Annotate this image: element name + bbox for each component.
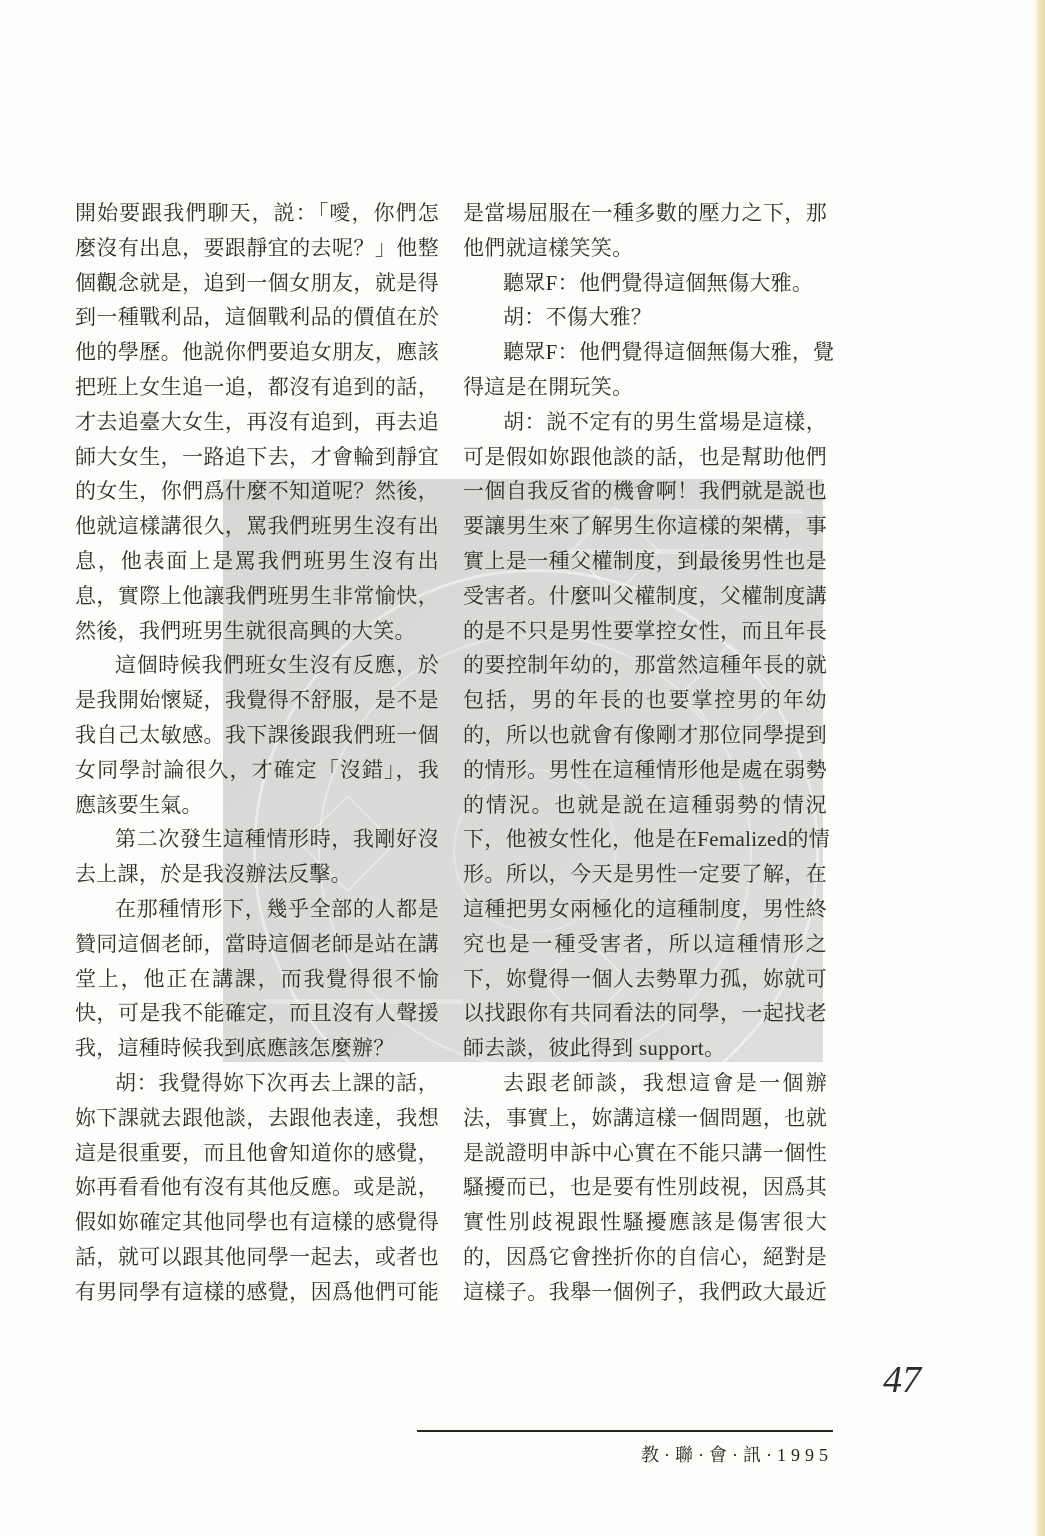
text-line: 胡：不傷大雅？ — [463, 300, 827, 335]
text-line: 息，實際上他讓我們班男生非常愉快， — [75, 579, 439, 614]
footer-rule — [417, 1430, 833, 1432]
text-line: 是我開始懷疑，我覺得不舒服，是不是 — [75, 683, 439, 718]
text-line: 要讓男生來了解男生你這樣的架構，事 — [463, 509, 827, 544]
text-line: 個觀念就是，追到一個女朋友，就是得 — [75, 266, 439, 301]
text-line: 到一種戰利品，這個戰利品的價值在於 — [75, 300, 439, 335]
text-line: 然後，我們班男生就很高興的大笑。 — [75, 614, 439, 649]
text-line: 應該要生氣。 — [75, 788, 439, 823]
text-line: 騷擾而已，也是要有性別歧視，因爲其 — [463, 1170, 827, 1205]
text-line: 法，事實上，妳講這樣一個問題，也就 — [463, 1101, 827, 1136]
text-line: 妳再看看他有沒有其他反應。或是説， — [75, 1170, 439, 1205]
text-line: 是當場屈服在一種多數的壓力之下，那 — [463, 196, 827, 231]
page-number: 47 — [872, 1358, 932, 1402]
text-line: 受害者。什麼叫父權制度，父權制度講 — [463, 579, 827, 614]
text-line: 在那種情形下，幾乎全部的人都是 — [75, 892, 439, 927]
text-line: 快，可是我不能確定，而且沒有人聲援 — [75, 996, 439, 1031]
text-line: 師大女生，一路追下去，才會輪到靜宜 — [75, 440, 439, 475]
text-line: 堂上，他正在講課，而我覺得很不愉 — [75, 962, 439, 997]
text-line: 的是不只是男性要掌控女性，而且年長 — [463, 614, 827, 649]
text-line: 假如妳確定其他同學也有這樣的感覺得 — [75, 1205, 439, 1240]
text-line: 的，因爲它會挫折你的自信心，絕對是 — [463, 1240, 827, 1275]
text-line: 師去談，彼此得到 support。 — [463, 1031, 827, 1066]
text-line: 有男同學有這樣的感覺，因爲他們可能 — [75, 1275, 439, 1310]
text-line: 這種把男女兩極化的這種制度，男性終 — [463, 892, 827, 927]
text-line: 是説證明申訴中心實在不能只講一個性 — [463, 1136, 827, 1171]
text-line: 去上課，於是我沒辦法反擊。 — [75, 857, 439, 892]
text-line: 他就這樣講很久，罵我們班男生沒有出 — [75, 509, 439, 544]
text-line: 他的學歷。他説你們要追女朋友，應該 — [75, 335, 439, 370]
text-line: 把班上女生追一追，都沒有追到的話， — [75, 370, 439, 405]
text-line: 實上是一種父權制度，到最後男性也是 — [463, 544, 827, 579]
text-line: 我，這種時候我到底應該怎麼辦？ — [75, 1031, 439, 1066]
text-line: 這樣子。我舉一個例子，我們政大最近 — [463, 1275, 827, 1310]
text-line: 女同學討論很久，才確定「沒錯」，我 — [75, 753, 439, 788]
page-edge-strip — [1034, 0, 1045, 1536]
text-line: 開始要跟我們聊天，説：「噯，你們怎 — [75, 196, 439, 231]
text-line: 才去追臺大女生，再沒有追到，再去追 — [75, 405, 439, 440]
text-line: 贊同這個老師，當時這個老師是站在講 — [75, 927, 439, 962]
text-line: 我自己太敏感。我下課後跟我們班一個 — [75, 718, 439, 753]
text-line: 第二次發生這種情形時，我剛好沒 — [75, 822, 439, 857]
text-line: 的情況。也就是説在這種弱勢的情況 — [463, 788, 827, 823]
text-line: 得這是在開玩笑。 — [463, 370, 827, 405]
text-line: 究也是一種受害者，所以這種情形之 — [463, 927, 827, 962]
text-line: 話，就可以跟其他同學一起去，或者也 — [75, 1240, 439, 1275]
text-line: 可是假如妳跟他談的話，也是幫助他們 — [463, 440, 827, 475]
text-line: 實性別歧視跟性騷擾應該是傷害很大 — [463, 1205, 827, 1240]
text-line: 這是很重要，而且他會知道你的感覺， — [75, 1136, 439, 1171]
text-line: 妳下課就去跟他談，去跟他表達，我想 — [75, 1101, 439, 1136]
text-line: 的要控制年幼的，那當然這種年長的就 — [463, 648, 827, 683]
text-line: 胡：我覺得妳下次再去上課的話， — [75, 1066, 439, 1101]
text-line: 的女生，你們爲什麼不知道呢？然後， — [75, 474, 439, 509]
text-line: 息，他表面上是罵我們班男生沒有出 — [75, 544, 439, 579]
text-line: 的，所以也就會有像剛才那位同學提到 — [463, 718, 827, 753]
text-line: 麼沒有出息，要跟靜宜的去呢？」他整 — [75, 231, 439, 266]
text-column-right: 是當場屈服在一種多數的壓力之下，那他們就這樣笑笑。聽眾F：他們覺得這個無傷大雅。… — [463, 196, 827, 1310]
text-column-left: 開始要跟我們聊天，説：「噯，你們怎麼沒有出息，要跟靜宜的去呢？」他整個觀念就是，… — [75, 196, 439, 1310]
text-line: 聽眾F：他們覺得這個無傷大雅。 — [463, 266, 827, 301]
text-line: 形。所以，今天是男性一定要了解，在 — [463, 857, 827, 892]
text-line: 胡：説不定有的男生當場是這樣， — [463, 405, 827, 440]
text-line: 這個時候我們班女生沒有反應，於 — [75, 648, 439, 683]
text-line: 一個自我反省的機會啊！我們就是説也 — [463, 474, 827, 509]
text-line: 聽眾F：他們覺得這個無傷大雅，覺 — [463, 335, 827, 370]
text-line: 以找跟你有共同看法的同學，一起找老 — [463, 996, 827, 1031]
text-line: 下，妳覺得一個人去勢單力孤，妳就可 — [463, 962, 827, 997]
text-line: 包括，男的年長的也要掌控男的年幼 — [463, 683, 827, 718]
text-line: 去跟老師談，我想這會是一個辦 — [463, 1066, 827, 1101]
text-line: 他們就這樣笑笑。 — [463, 231, 827, 266]
footer-text: 教·聯·會·訊·1995 — [493, 1441, 833, 1467]
text-line: 的情形。男性在這種情形他是處在弱勢 — [463, 753, 827, 788]
text-line: 下，他被女性化，他是在Femalized的情 — [463, 822, 827, 857]
